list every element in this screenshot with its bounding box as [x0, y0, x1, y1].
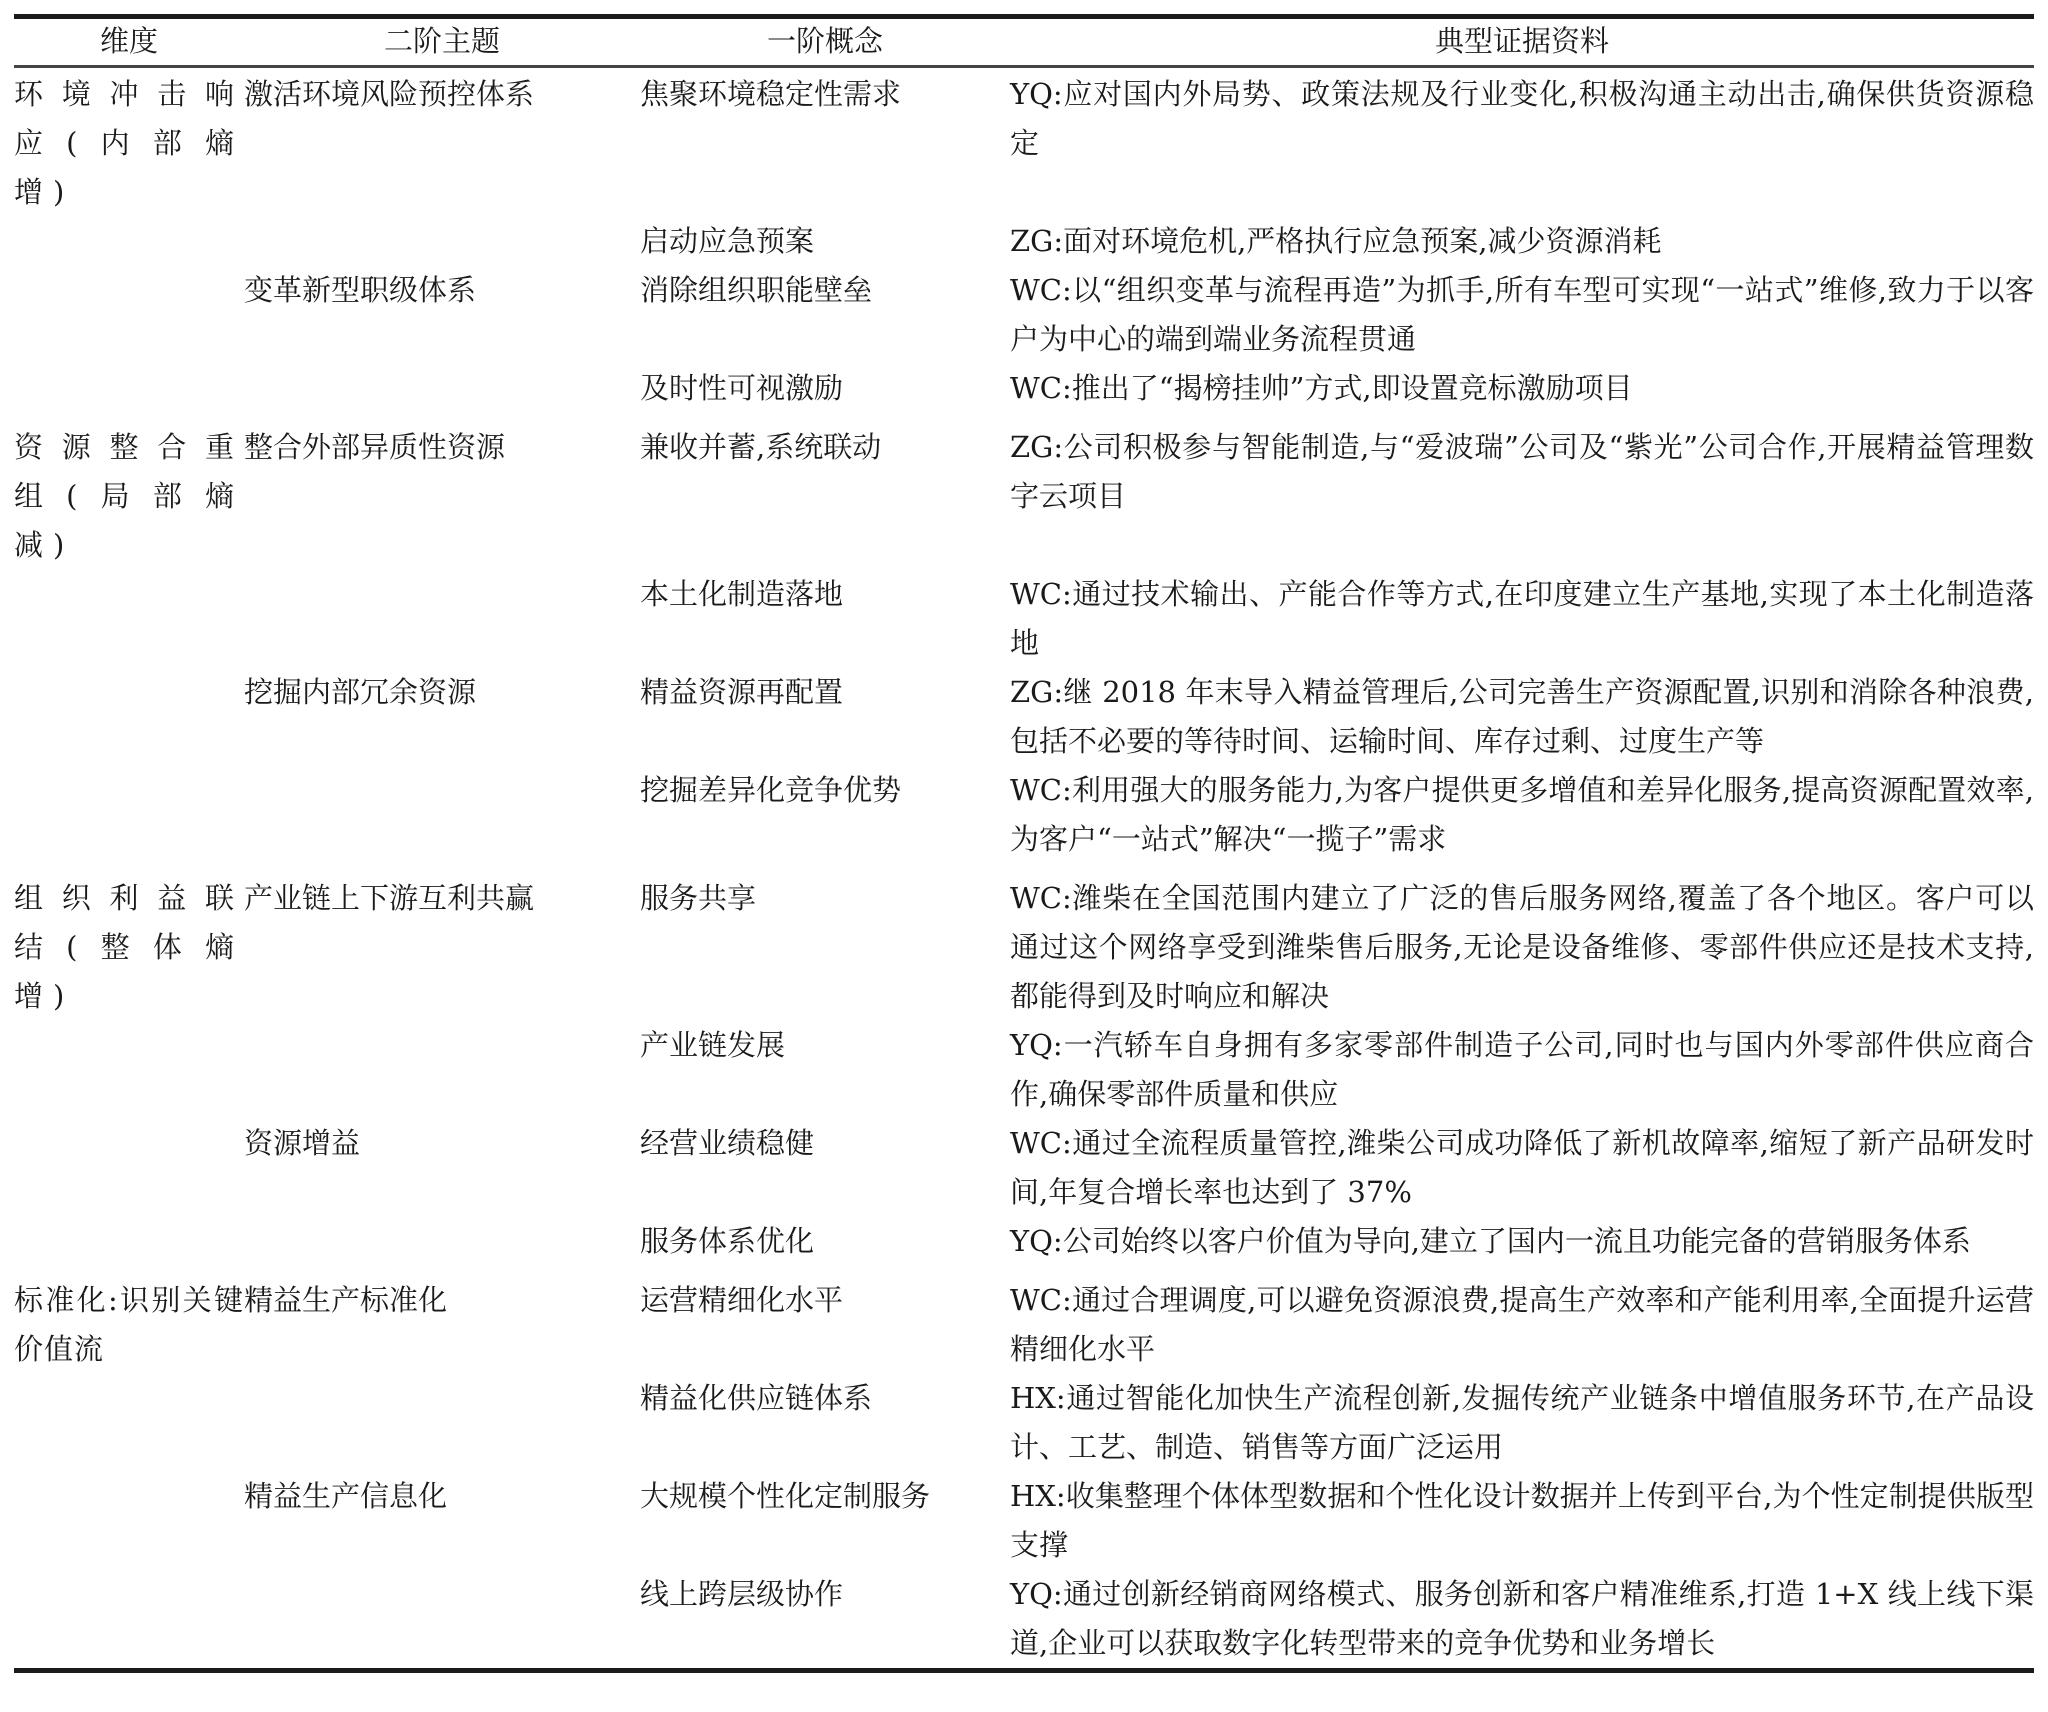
- header-typical-evidence: 典型证据资料: [1010, 17, 2034, 67]
- header-dimension: 维度: [14, 17, 244, 67]
- concept-cell: 焦聚环境稳定性需求: [640, 67, 1010, 218]
- table-row: 启动应急预案 ZG:面对环境危机,严格执行应急预案,减少资源消耗: [14, 217, 2034, 266]
- concept-cell: 线上跨层级协作: [640, 1570, 1010, 1671]
- theme-cell: [244, 1374, 640, 1472]
- table-header: 维度 二阶主题 一阶概念 典型证据资料: [14, 17, 2034, 67]
- theme-cell: 精益生产标准化: [244, 1266, 640, 1374]
- dimension-cell: [14, 668, 244, 766]
- theme-cell: 精益生产信息化: [244, 1472, 640, 1570]
- dimension-cell: [14, 217, 244, 266]
- theme-cell: 挖掘内部冗余资源: [244, 668, 640, 766]
- concept-cell: 精益资源再配置: [640, 668, 1010, 766]
- evidence-cell: ZG:面对环境危机,严格执行应急预案,减少资源消耗: [1010, 217, 2034, 266]
- table-row: 线上跨层级协作 YQ:通过创新经销商网络模式、服务创新和客户精准维系,打造 1+…: [14, 1570, 2034, 1671]
- concept-cell: 消除组织职能壁垒: [640, 266, 1010, 364]
- theme-cell: [244, 1570, 640, 1671]
- concept-cell: 经营业绩稳健: [640, 1119, 1010, 1217]
- concept-cell: 兼收并蓄,系统联动: [640, 413, 1010, 570]
- concept-cell: 服务共享: [640, 864, 1010, 1021]
- evidence-cell: WC:利用强大的服务能力,为客户提供更多增值和差异化服务,提高资源配置效率,为客…: [1010, 766, 2034, 864]
- evidence-cell: WC:通过合理调度,可以避免资源浪费,提高生产效率和产能利用率,全面提升运营精细…: [1010, 1266, 2034, 1374]
- header-first-order-concept: 一阶概念: [640, 17, 1010, 67]
- theme-cell: 整合外部异质性资源: [244, 413, 640, 570]
- evidence-cell: YQ:一汽轿车自身拥有多家零部件制造子公司,同时也与国内外零部件供应商合作,确保…: [1010, 1021, 2034, 1119]
- table-row: 挖掘内部冗余资源 精益资源再配置 ZG:继 2018 年末导入精益管理后,公司完…: [14, 668, 2034, 766]
- dimension-cell: [14, 1119, 244, 1217]
- table-row: 本土化制造落地 WC:通过技术输出、产能合作等方式,在印度建立生产基地,实现了本…: [14, 570, 2034, 668]
- dimension-cell: [14, 570, 244, 668]
- table-row: 资源整合重组(局部熵减) 整合外部异质性资源 兼收并蓄,系统联动 ZG:公司积极…: [14, 413, 2034, 570]
- table-row: 环境冲击响应(内部熵增) 激活环境风险预控体系 焦聚环境稳定性需求 YQ:应对国…: [14, 67, 2034, 218]
- concept-cell: 及时性可视激励: [640, 364, 1010, 413]
- dimension-cell: 组织利益联结(整体熵增): [14, 864, 244, 1021]
- evidence-cell: WC:潍柴在全国范围内建立了广泛的售后服务网络,覆盖了各个地区。客户可以通过这个…: [1010, 864, 2034, 1021]
- theme-cell: [244, 570, 640, 668]
- theme-cell: [244, 364, 640, 413]
- concept-cell: 挖掘差异化竞争优势: [640, 766, 1010, 864]
- concept-cell: 运营精细化水平: [640, 1266, 1010, 1374]
- evidence-cell: YQ:应对国内外局势、政策法规及行业变化,积极沟通主动出击,确保供货资源稳定: [1010, 67, 2034, 218]
- theme-cell: [244, 1217, 640, 1266]
- table-row: 产业链发展 YQ:一汽轿车自身拥有多家零部件制造子公司,同时也与国内外零部件供应…: [14, 1021, 2034, 1119]
- dimension-cell: 环境冲击响应(内部熵增): [14, 67, 244, 218]
- table-row: 标准化:识别关键价值流 精益生产标准化 运营精细化水平 WC:通过合理调度,可以…: [14, 1266, 2034, 1374]
- dimension-cell: 资源整合重组(局部熵减): [14, 413, 244, 570]
- table-body: 环境冲击响应(内部熵增) 激活环境风险预控体系 焦聚环境稳定性需求 YQ:应对国…: [14, 67, 2034, 1671]
- dimension-cell: 标准化:识别关键价值流: [14, 1266, 244, 1374]
- table-row: 资源增益 经营业绩稳健 WC:通过全流程质量管控,潍柴公司成功降低了新机故障率,…: [14, 1119, 2034, 1217]
- theme-cell: 产业链上下游互利共赢: [244, 864, 640, 1021]
- evidence-cell: YQ:通过创新经销商网络模式、服务创新和客户精准维系,打造 1+X 线上线下渠道…: [1010, 1570, 2034, 1671]
- evidence-cell: ZG:公司积极参与智能制造,与“爱波瑞”公司及“紫光”公司合作,开展精益管理数字…: [1010, 413, 2034, 570]
- evidence-table: 维度 二阶主题 一阶概念 典型证据资料 环境冲击响应(内部熵增) 激活环境风险预…: [14, 14, 2034, 1673]
- evidence-cell: WC:通过全流程质量管控,潍柴公司成功降低了新机故障率,缩短了新产品研发时间,年…: [1010, 1119, 2034, 1217]
- dimension-cell: [14, 1472, 244, 1570]
- table-row: 及时性可视激励 WC:推出了“揭榜挂帅”方式,即设置竞标激励项目: [14, 364, 2034, 413]
- table-row: 挖掘差异化竞争优势 WC:利用强大的服务能力,为客户提供更多增值和差异化服务,提…: [14, 766, 2034, 864]
- table-row: 组织利益联结(整体熵增) 产业链上下游互利共赢 服务共享 WC:潍柴在全国范围内…: [14, 864, 2034, 1021]
- dimension-cell: [14, 1374, 244, 1472]
- evidence-cell: WC:通过技术输出、产能合作等方式,在印度建立生产基地,实现了本土化制造落地: [1010, 570, 2034, 668]
- concept-cell: 产业链发展: [640, 1021, 1010, 1119]
- theme-cell: [244, 1021, 640, 1119]
- concept-cell: 大规模个性化定制服务: [640, 1472, 1010, 1570]
- table-row: 变革新型职级体系 消除组织职能壁垒 WC:以“组织变革与流程再造”为抓手,所有车…: [14, 266, 2034, 364]
- evidence-cell: HX:通过智能化加快生产流程创新,发掘传统产业链条中增值服务环节,在产品设计、工…: [1010, 1374, 2034, 1472]
- header-second-order-theme: 二阶主题: [244, 17, 640, 67]
- document-page: 维度 二阶主题 一阶概念 典型证据资料 环境冲击响应(内部熵增) 激活环境风险预…: [0, 0, 2048, 1712]
- table-row: 精益化供应链体系 HX:通过智能化加快生产流程创新,发掘传统产业链条中增值服务环…: [14, 1374, 2034, 1472]
- evidence-cell: HX:收集整理个体体型数据和个性化设计数据并上传到平台,为个性定制提供版型支撑: [1010, 1472, 2034, 1570]
- theme-cell: [244, 766, 640, 864]
- theme-cell: [244, 217, 640, 266]
- theme-cell: 变革新型职级体系: [244, 266, 640, 364]
- dimension-cell: [14, 266, 244, 364]
- evidence-cell: WC:以“组织变革与流程再造”为抓手,所有车型可实现“一站式”维修,致力于以客户…: [1010, 266, 2034, 364]
- table-row: 精益生产信息化 大规模个性化定制服务 HX:收集整理个体体型数据和个性化设计数据…: [14, 1472, 2034, 1570]
- dimension-cell: [14, 1021, 244, 1119]
- dimension-cell: [14, 1570, 244, 1671]
- evidence-cell: YQ:公司始终以客户价值为导向,建立了国内一流且功能完备的营销服务体系: [1010, 1217, 2034, 1266]
- header-row: 维度 二阶主题 一阶概念 典型证据资料: [14, 17, 2034, 67]
- concept-cell: 启动应急预案: [640, 217, 1010, 266]
- dimension-cell: [14, 364, 244, 413]
- concept-cell: 本土化制造落地: [640, 570, 1010, 668]
- concept-cell: 精益化供应链体系: [640, 1374, 1010, 1472]
- theme-cell: 激活环境风险预控体系: [244, 67, 640, 218]
- dimension-cell: [14, 766, 244, 864]
- table-row: 服务体系优化 YQ:公司始终以客户价值为导向,建立了国内一流且功能完备的营销服务…: [14, 1217, 2034, 1266]
- evidence-cell: ZG:继 2018 年末导入精益管理后,公司完善生产资源配置,识别和消除各种浪费…: [1010, 668, 2034, 766]
- evidence-cell: WC:推出了“揭榜挂帅”方式,即设置竞标激励项目: [1010, 364, 2034, 413]
- concept-cell: 服务体系优化: [640, 1217, 1010, 1266]
- dimension-cell: [14, 1217, 244, 1266]
- theme-cell: 资源增益: [244, 1119, 640, 1217]
